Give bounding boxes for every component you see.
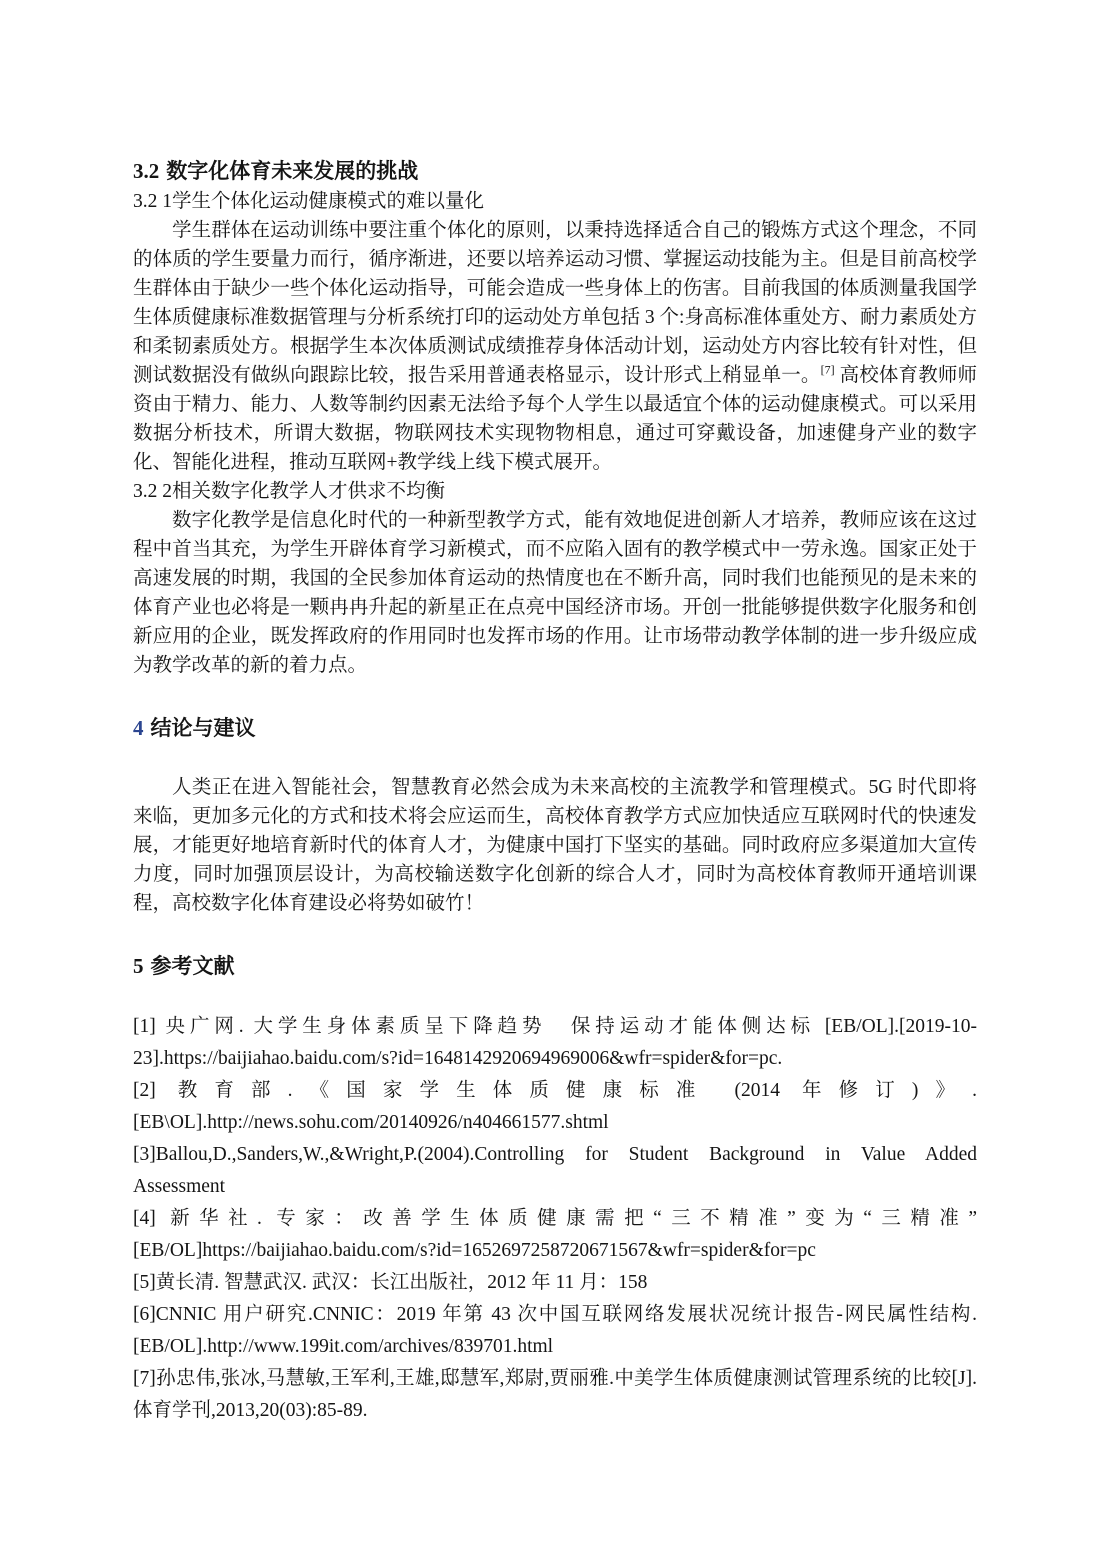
section-heading-4: 4结论与建议 bbox=[133, 713, 977, 743]
section-title-4: 结论与建议 bbox=[151, 716, 256, 740]
paragraph-3-2-1: 学生群体在运动训练中要注重个体化的原则，以秉持选择适合自己的锻炼方式这个理念，不… bbox=[133, 216, 977, 477]
subsection-heading-3-2-2: 3.2 2相关数字化教学人才供求不均衡 bbox=[133, 477, 977, 506]
reference-item-3: [3]Ballou,D.,Sanders,W.,&Wright,P.(2004)… bbox=[133, 1139, 977, 1203]
reference-item-7: [7]孙忠伟,张冰,马慧敏,王军利,王雄,邸慧军,郑尉,贾丽雅.中美学生体质健康… bbox=[133, 1363, 977, 1427]
section-number-4: 4 bbox=[133, 716, 144, 740]
subsection-heading-3-2-1: 3.2 1学生个体化运动健康模式的难以量化 bbox=[133, 187, 977, 216]
section-number-5: 5 bbox=[133, 954, 144, 978]
paragraph-3-2-1-text-before-citation: 学生群体在运动训练中要注重个体化的原则，以秉持选择适合自己的锻炼方式这个理念，不… bbox=[133, 220, 977, 386]
reference-item-2: [2] 教育部.《国家学生体质健康标准 (2014 年修订)》.[EB\OL].… bbox=[133, 1075, 977, 1139]
section-title-5: 参考文献 bbox=[151, 954, 235, 978]
reference-item-1: [1] 央广网. 大学生身体素质呈下降趋势 保持运动才能体侧达标 [EB/OL]… bbox=[133, 1011, 977, 1075]
section-title-3-2: 数字化体育未来发展的挑战 bbox=[166, 159, 418, 183]
section-number-3-2: 3.2 bbox=[133, 159, 159, 183]
paragraph-conclusion: 人类正在进入智能社会，智慧教育必然会成为未来高校的主流教学和管理模式。5G 时代… bbox=[133, 773, 977, 918]
section-heading-3-2: 3.2数字化体育未来发展的挑战 bbox=[133, 156, 977, 187]
reference-list: [1] 央广网. 大学生身体素质呈下降趋势 保持运动才能体侧达标 [EB/OL]… bbox=[133, 1011, 977, 1427]
paragraph-3-2-2: 数字化教学是信息化时代的一种新型教学方式，能有效地促进创新人才培养，教师应该在这… bbox=[133, 506, 977, 680]
section-heading-5: 5参考文献 bbox=[133, 951, 977, 981]
reference-item-4: [4] 新华社. 专家：改善学生体质健康需把“三不精准”变为“三精准” [EB/… bbox=[133, 1203, 977, 1267]
reference-item-6: [6]CNNIC 用户研究.CNNIC：2019 年第 43 次中国互联网络发展… bbox=[133, 1299, 977, 1363]
reference-item-5: [5]黄长清. 智慧武汉. 武汉：长江出版社，2012 年 11 月：158 bbox=[133, 1267, 977, 1299]
document-page: 3.2数字化体育未来发展的挑战 3.2 1学生个体化运动健康模式的难以量化 学生… bbox=[0, 0, 1102, 1559]
citation-superscript-7: [7] bbox=[821, 363, 835, 377]
